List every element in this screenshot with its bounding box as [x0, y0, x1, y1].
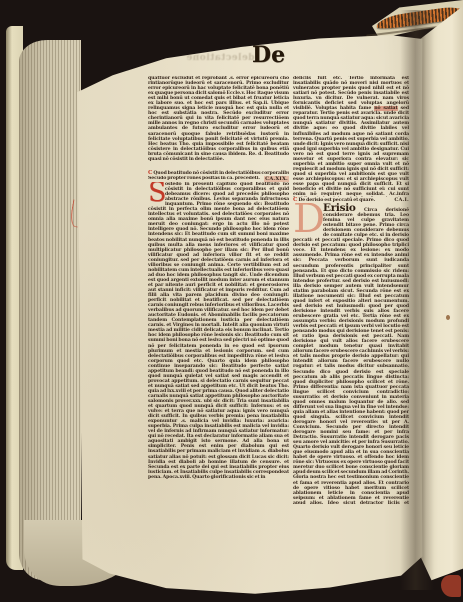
paragraph: Sostēdo in presenti capitulo quod beatit…: [148, 182, 289, 504]
text-column-right: deliciis fuit etc. Tertio informata est …: [293, 76, 409, 510]
folio-number: 243: [136, 54, 152, 62]
showthrough-title: delectatione: [186, 53, 254, 63]
gutter-shadow: [400, 10, 434, 590]
page-stack-edge: [19, 40, 81, 580]
paragraph-text: sed reparatur. Tertio penis est avaricia…: [293, 106, 409, 197]
rubricated-initial-d: D: [293, 203, 323, 236]
paragraph-text: ostēdo in presenti capitulo quod beatitu…: [148, 182, 289, 480]
rubricated-initial-s: S: [148, 182, 165, 204]
paragraph: quattuor excludūt et reprobant .s. error…: [148, 76, 289, 170]
rubric-text: Secūdo propter rōnes positas in ca. prec…: [148, 176, 260, 181]
running-title: De: [252, 42, 285, 68]
text-column-left: quattuor excludūt et reprobant .s. error…: [148, 76, 289, 504]
book-page: 243 delectatione De quattuor excludūt et…: [70, 30, 426, 596]
book-photo-scene: 243 delectatione De quattuor excludūt et…: [0, 0, 463, 602]
paper-stain: [446, 315, 450, 320]
paragraph: DErisio Circa derisionē considerare debe…: [293, 203, 409, 504]
paragraph: deliciis fuit etc. Tertio informata est …: [293, 76, 409, 197]
paragraph-text: Circa derisionē considerare debemus tria…: [293, 208, 409, 504]
red-edge-mark: [441, 575, 461, 597]
